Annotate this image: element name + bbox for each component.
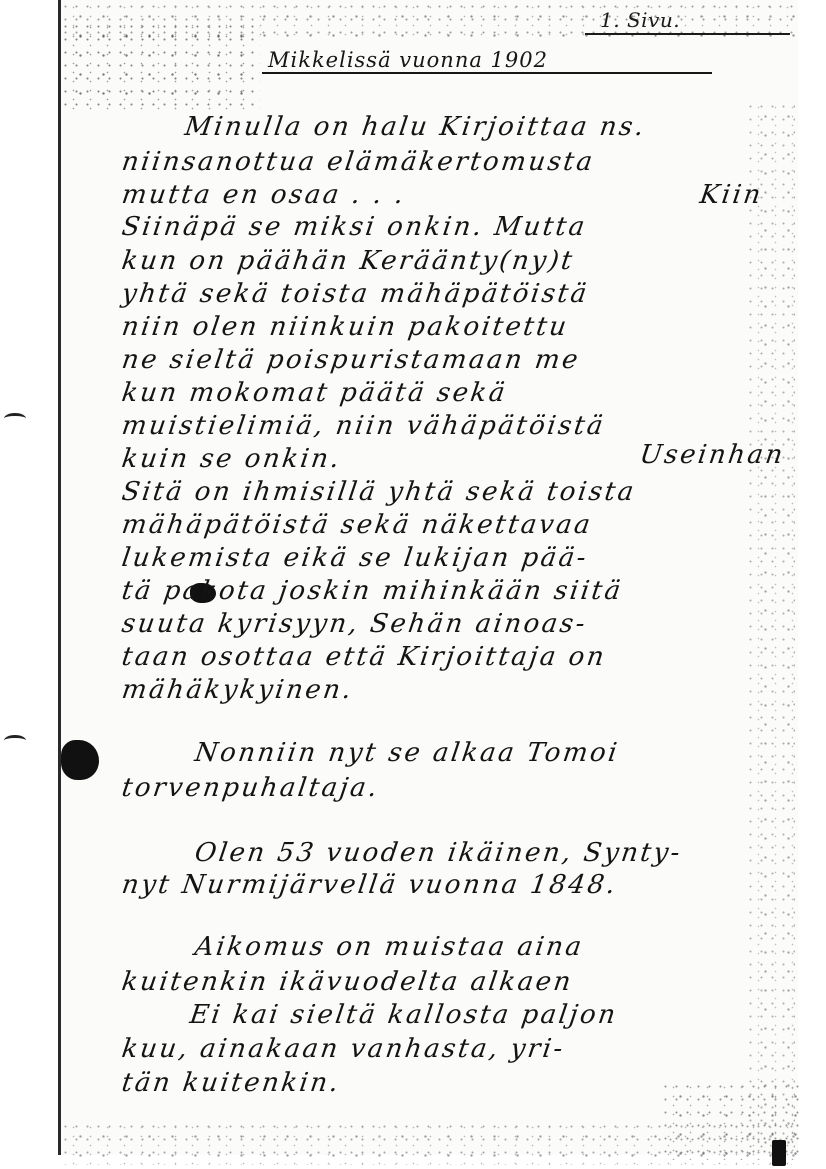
- scan-noise-top-left: [60, 20, 260, 110]
- ink-stain: [61, 740, 99, 780]
- text-line: ne sieltä poispuristamaan me: [120, 345, 582, 375]
- text-line: muistielimiä, niin vähäpätöistä: [120, 411, 607, 441]
- text-line: niin olen niinkuin pakoitettu: [120, 312, 571, 342]
- text-line: Minulla on halu Kirjoittaa ns.: [183, 112, 648, 142]
- text-line: kun on päähän Keräänty(ny)t: [120, 246, 576, 276]
- text-line: mähäpätöistä sekä näkettavaa: [120, 510, 594, 540]
- text-line: tä pakota joskin mihinkään siitä: [120, 576, 625, 606]
- heading-underline: [262, 72, 712, 74]
- text-line: Sitä on ihmisillä yhtä sekä toista: [120, 477, 638, 507]
- text-line: Ei kai sieltä kallosta paljon: [188, 1000, 620, 1030]
- text-line: taan osottaa että Kirjoittaja on: [120, 642, 608, 672]
- text-line: yhtä sekä toista mähäpätöistä: [120, 279, 591, 309]
- text-line: torvenpuhaltaja.: [120, 773, 381, 803]
- text-line: mähäkykyinen.: [120, 675, 355, 705]
- text-line: nyt Nurmijärvellä vuonna 1848.: [120, 870, 619, 900]
- punch-hole-mark: [4, 413, 26, 424]
- text-line: niinsanottua elämäkertomusta: [120, 147, 597, 177]
- punch-hole-mark: [4, 735, 26, 746]
- text-line: lukemista eikä se lukijan pää-: [120, 543, 590, 573]
- page-number-underline: [585, 33, 790, 35]
- text-line: suuta kyrisyyn, Sehän ainoas-: [120, 609, 589, 639]
- text-line: kuitenkin ikävuodelta alkaen: [120, 967, 575, 997]
- text-line-continuation: Useinhan: [638, 440, 787, 470]
- text-line-continuation: Kiin: [698, 180, 765, 210]
- scan-noise-right-margin: [745, 100, 795, 1150]
- text-line: Aikomus on muistaa aina: [193, 932, 586, 962]
- text-line: kun mokomat päätä sekä: [120, 378, 509, 408]
- text-line: Nonniin nyt se alkaa Tomoi: [193, 738, 621, 768]
- text-line: kuu, ainakaan vanhasta, yri-: [120, 1034, 567, 1064]
- scan-edge-mark: [772, 1140, 786, 1166]
- text-line: Olen 53 vuoden ikäinen, Synty-: [193, 838, 684, 868]
- text-line: mutta en osaa . . .: [120, 180, 408, 210]
- document-heading: Mikkelissä vuonna 1902: [268, 48, 548, 72]
- text-line: tän kuitenkin.: [120, 1068, 343, 1098]
- page-number: 1. Sivu.: [600, 8, 680, 32]
- text-line: kuin se onkin.: [120, 444, 344, 474]
- text-line: Siinäpä se miksi onkin. Mutta: [120, 212, 589, 242]
